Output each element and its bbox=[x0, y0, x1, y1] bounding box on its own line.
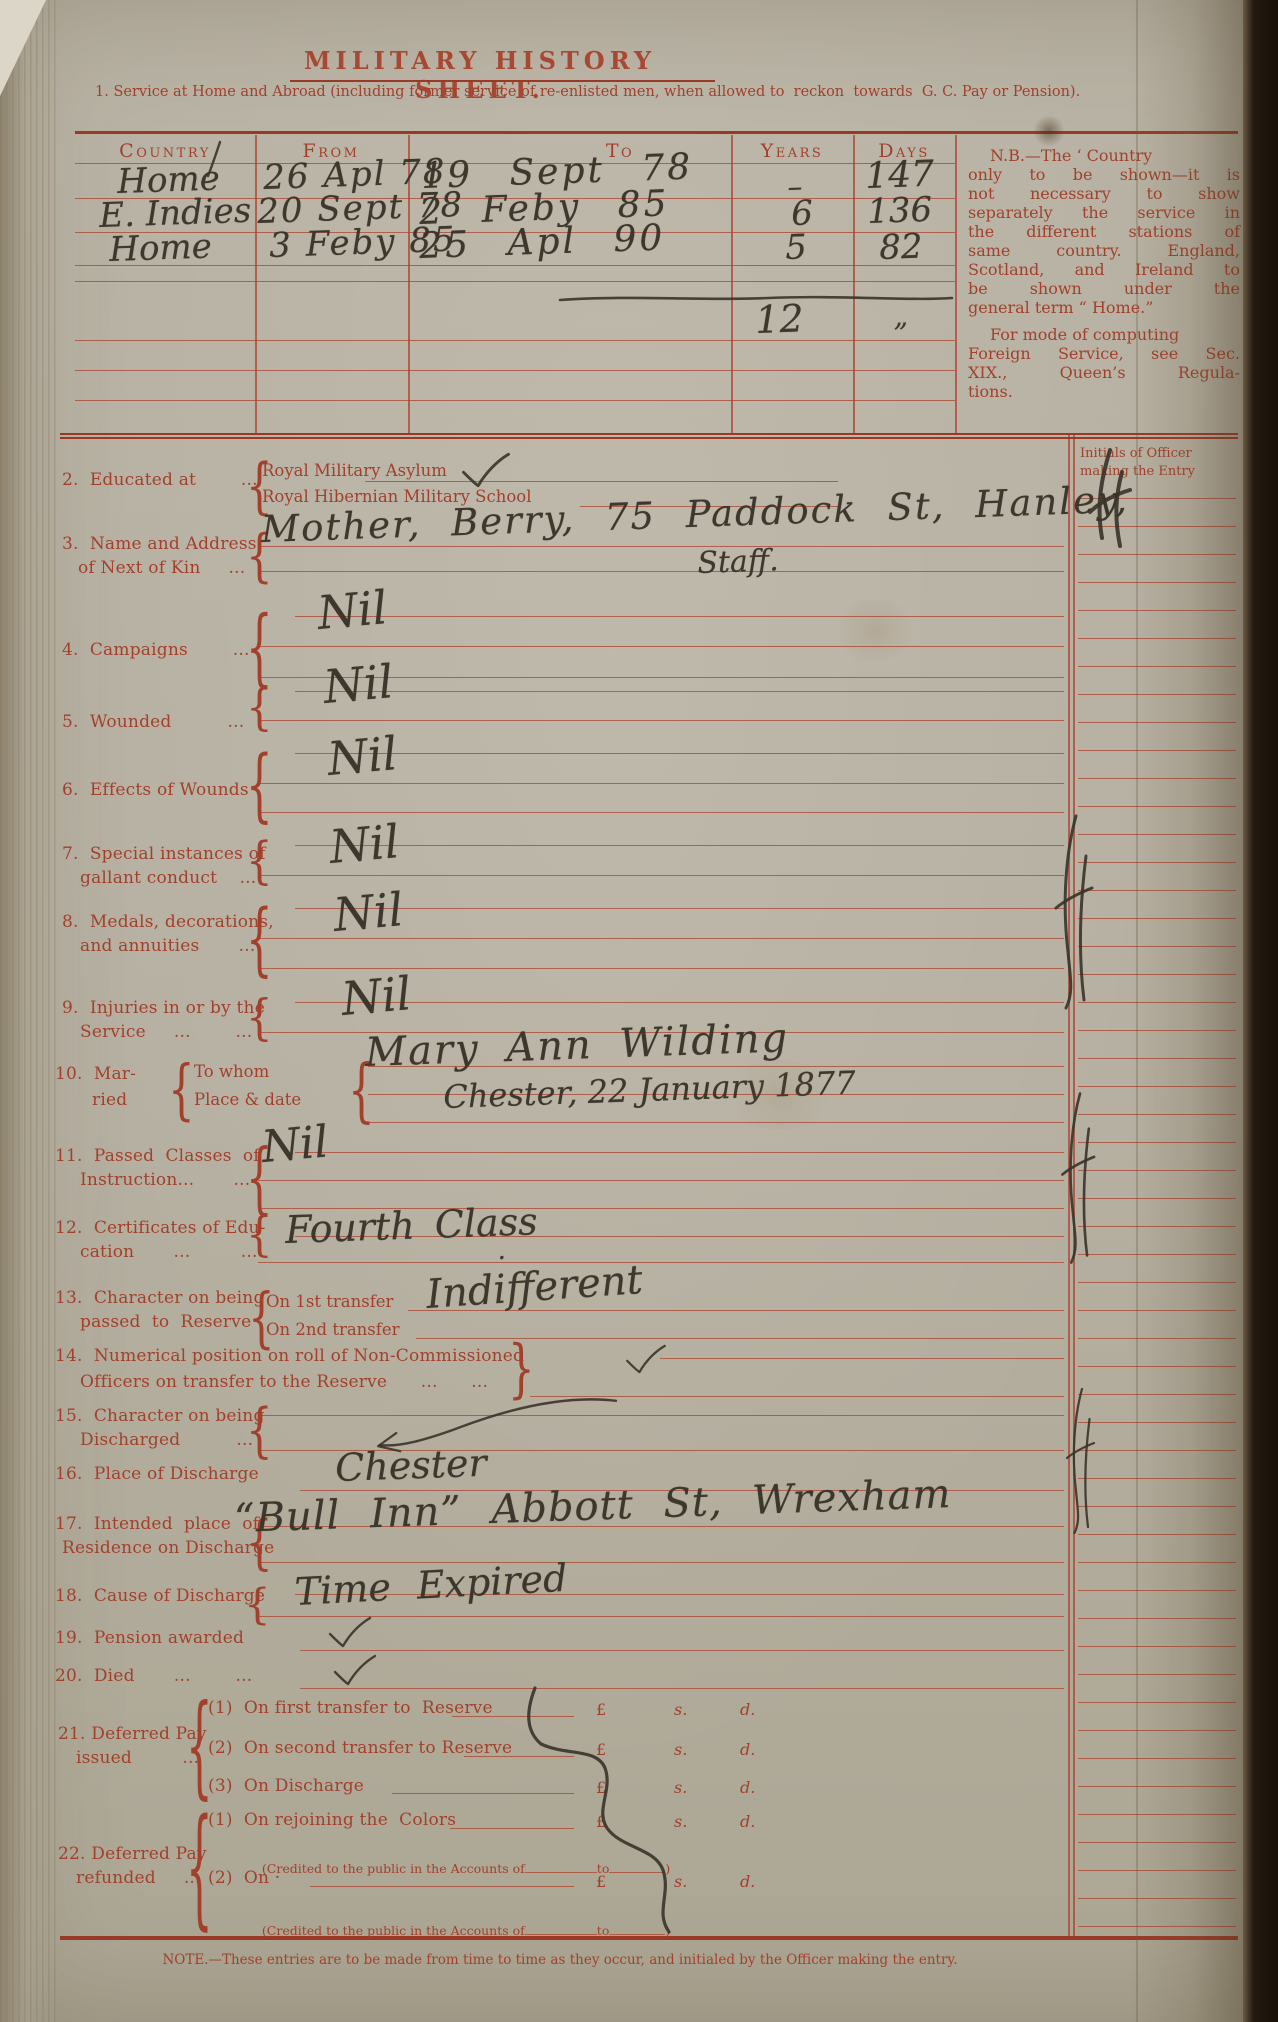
ruled-line bbox=[1078, 1646, 1236, 1647]
section-21-row: (3) On Discharge bbox=[208, 1776, 364, 1796]
ruled-line bbox=[295, 753, 1064, 754]
ruled-line bbox=[1078, 1814, 1236, 1815]
table-total-days-ditto: „ bbox=[893, 300, 909, 333]
section-21-row: (1) On first transfer to Reserve bbox=[208, 1698, 493, 1718]
section-21-label: 21. Deferred Pay bbox=[58, 1724, 207, 1744]
section-22-label: refunded ... bbox=[76, 1868, 201, 1888]
section-3-label: of Next of Kin ... bbox=[78, 558, 245, 578]
ruled-line bbox=[1078, 1674, 1236, 1675]
ruled-line bbox=[295, 1152, 1064, 1153]
ruled-line bbox=[258, 1562, 1064, 1563]
section-9-label: Service ... ... bbox=[80, 1022, 252, 1042]
ruled-line bbox=[258, 571, 1064, 572]
ruled-line-vertical bbox=[853, 135, 855, 433]
entry-gallant: Nil bbox=[327, 814, 401, 874]
section-13-label: passed to Reserve bbox=[80, 1312, 251, 1332]
ruled-line bbox=[1078, 1758, 1236, 1759]
ruled-line bbox=[258, 875, 1064, 876]
opening-brace: { bbox=[246, 900, 273, 980]
ruled-line bbox=[1078, 554, 1236, 555]
checkmark-pension bbox=[328, 1616, 372, 1648]
ruled-line bbox=[258, 720, 1064, 721]
entry-effects: Nil bbox=[325, 726, 399, 786]
ruled-line bbox=[1078, 722, 1236, 723]
footnote: NOTE.—These entries are to be made from … bbox=[160, 1952, 960, 1968]
ruled-line bbox=[1078, 1618, 1236, 1619]
ruled-line bbox=[258, 1262, 1064, 1263]
section-7-label: gallant conduct ... bbox=[80, 868, 256, 888]
ruled-line bbox=[295, 691, 1064, 692]
ruled-line bbox=[1078, 1030, 1236, 1031]
opening-brace: { bbox=[186, 1804, 213, 1934]
ruled-line bbox=[1078, 1058, 1236, 1059]
ruled-line bbox=[1078, 694, 1236, 695]
ruled-line bbox=[75, 281, 955, 282]
section-5-label: 5. Wounded ... bbox=[62, 712, 244, 732]
ruled-line bbox=[1078, 750, 1236, 751]
stain bbox=[830, 600, 920, 660]
section-2-option: Royal Military Asylum bbox=[262, 461, 447, 480]
section-17-label: 17. Intended place of bbox=[55, 1514, 259, 1534]
table-cell-country: Home bbox=[109, 226, 213, 270]
opening-brace: { bbox=[246, 746, 273, 826]
ruled-line bbox=[1078, 582, 1236, 583]
opening-brace: { bbox=[246, 684, 273, 732]
entry-married-place: Chester, 22 January 1877 bbox=[443, 1064, 857, 1116]
section-8-label: and annuities ... bbox=[80, 936, 255, 956]
ruled-line bbox=[258, 783, 1064, 784]
entry-character-reserve: Indifferent bbox=[425, 1257, 644, 1318]
ruled-line bbox=[258, 646, 1064, 647]
ink-squiggle-deferred bbox=[505, 1686, 705, 1936]
section-15-label: 15. Character on being bbox=[55, 1406, 265, 1426]
ruled-line bbox=[295, 908, 1064, 909]
table-cell-to: 25 Apl 90 bbox=[419, 217, 666, 267]
ruled-line bbox=[1078, 1870, 1236, 1871]
opening-brace: { bbox=[246, 994, 273, 1042]
entry-medals: Nil bbox=[331, 882, 405, 942]
currency-pence: d. bbox=[740, 1812, 755, 1831]
section-4-label: 4. Campaigns ... bbox=[62, 640, 250, 660]
ruled-line bbox=[1078, 778, 1236, 779]
entry-certificates-period: . bbox=[497, 1236, 506, 1266]
section-7-label: 7. Special instances of bbox=[62, 844, 266, 864]
ruled-line bbox=[1078, 890, 1236, 891]
opening-brace: { bbox=[246, 1212, 273, 1258]
ruled-line bbox=[1078, 806, 1236, 807]
section-3-label: 3. Name and Address bbox=[62, 534, 257, 554]
section-13-sub: On 1st transfer bbox=[266, 1292, 393, 1311]
section-21-label: issued ... bbox=[76, 1748, 199, 1768]
entry-cause-discharge: Time Expired bbox=[294, 1556, 569, 1614]
ruled-line bbox=[1078, 1086, 1236, 1087]
section-15-label: Discharged ... bbox=[80, 1430, 253, 1450]
section-6-label: 6. Effects of Wounds bbox=[62, 780, 249, 800]
ruled-line bbox=[1078, 1926, 1236, 1927]
table-cell-years: 5 bbox=[785, 227, 808, 268]
table-cell-days: 136 bbox=[867, 190, 933, 232]
currency-pence: d. bbox=[740, 1700, 755, 1719]
ruled-line-vertical bbox=[255, 135, 257, 433]
ruled-line bbox=[365, 481, 838, 482]
entry-next-of-kin2: Staff. bbox=[697, 543, 779, 581]
section-13-label: 13. Character on being bbox=[55, 1288, 265, 1308]
ruled-line bbox=[295, 616, 1064, 617]
handwritten-sum-line bbox=[558, 292, 954, 304]
opening-brace: { bbox=[248, 1286, 275, 1351]
section-22-row: (2) On · bbox=[208, 1868, 280, 1888]
ruled-line bbox=[1078, 1786, 1236, 1787]
section-21-row: (2) On second transfer to Reserve bbox=[208, 1738, 512, 1758]
officer-initials-mark bbox=[1046, 1386, 1106, 1536]
section-11-label: Instruction... ... bbox=[80, 1170, 250, 1190]
opening-brace: { bbox=[168, 1058, 195, 1123]
thick-rule bbox=[290, 80, 715, 82]
military-history-sheet-scan: MILITARY HISTORY SHEET. 1. Service at Ho… bbox=[0, 0, 1278, 2022]
ruled-line bbox=[1078, 1842, 1236, 1843]
ruled-line-vertical bbox=[955, 135, 957, 433]
section-19-label: 19. Pension awarded bbox=[55, 1628, 244, 1648]
ruled-line bbox=[1078, 862, 1236, 863]
ruled-line bbox=[1078, 1562, 1236, 1563]
thick-rule bbox=[75, 131, 1238, 134]
ruled-line bbox=[300, 1650, 1064, 1651]
section-10-label: ried bbox=[92, 1090, 127, 1110]
entry-passed-classes: Nil bbox=[260, 1116, 331, 1173]
scan-background-band bbox=[1243, 0, 1278, 2022]
section-22-label: 22. Deferred Pay bbox=[58, 1844, 207, 1864]
ruled-line bbox=[1078, 974, 1236, 975]
thick-rule bbox=[60, 437, 1238, 439]
thick-rule bbox=[60, 433, 1238, 435]
ruled-line bbox=[1078, 1702, 1236, 1703]
ruled-line bbox=[1078, 1282, 1236, 1283]
section-10-sub: Place & date bbox=[194, 1090, 301, 1109]
item1-heading: 1. Service at Home and Abroad (including… bbox=[95, 84, 1080, 100]
opening-brace: { bbox=[244, 1584, 271, 1626]
ink-swoosh-discharged bbox=[368, 1392, 620, 1456]
ruled-line bbox=[258, 1616, 1064, 1617]
ruled-line bbox=[368, 1122, 1064, 1123]
ruled-line bbox=[1078, 638, 1236, 639]
opening-brace: { bbox=[246, 836, 273, 886]
ruled-line bbox=[1078, 946, 1236, 947]
section-8-label: 8. Medals, decorations, bbox=[62, 912, 274, 932]
checkmark-died bbox=[332, 1654, 378, 1686]
officer-initials-mark bbox=[1044, 1090, 1102, 1266]
ruled-line-vertical bbox=[731, 135, 733, 433]
ruled-line bbox=[75, 340, 955, 341]
table-cell-days: 82 bbox=[879, 227, 924, 268]
binding-edge bbox=[0, 0, 58, 2022]
opening-brace: { bbox=[186, 1692, 213, 1804]
currency-pence: d. bbox=[740, 1740, 755, 1759]
ruled-line bbox=[1078, 1310, 1236, 1311]
ruled-line bbox=[1078, 1338, 1236, 1339]
currency-pence: d. bbox=[740, 1778, 755, 1797]
ruled-line bbox=[75, 370, 955, 371]
section-16-label: 16. Place of Discharge bbox=[55, 1464, 259, 1484]
section-11-label: 11. Passed Classes of bbox=[55, 1146, 260, 1166]
officer-initials-mark bbox=[1040, 812, 1096, 1012]
ruled-line bbox=[258, 1180, 1064, 1181]
page-corner bbox=[0, 0, 46, 96]
ruled-line bbox=[1078, 1898, 1236, 1899]
section-10-label: 10. Mar- bbox=[55, 1064, 136, 1084]
section-12-label: cation ... ... bbox=[80, 1242, 258, 1262]
ruled-line bbox=[75, 400, 955, 401]
officer-initials-mark bbox=[1076, 446, 1136, 552]
ruled-line bbox=[1078, 1590, 1236, 1591]
entry-wounded: Nil bbox=[321, 654, 395, 714]
section-20-label: 20. Died ... ... bbox=[55, 1666, 252, 1686]
checkmark-educated bbox=[460, 452, 512, 488]
opening-brace: { bbox=[246, 1402, 273, 1461]
ruled-line bbox=[295, 845, 1064, 846]
ruled-line bbox=[1078, 610, 1236, 611]
opening-brace: { bbox=[246, 606, 273, 690]
section-10-sub: To whom bbox=[194, 1062, 269, 1081]
section-12-label: 12. Certificates of Edu- bbox=[55, 1218, 266, 1238]
section-18-label: 18. Cause of Discharge bbox=[55, 1586, 265, 1606]
ruled-line bbox=[1078, 666, 1236, 667]
ruled-line bbox=[660, 1358, 1064, 1359]
section-13-sub: On 2nd transfer bbox=[266, 1320, 400, 1339]
ruled-line bbox=[1078, 834, 1236, 835]
ruled-line bbox=[1078, 1730, 1236, 1731]
ruled-line bbox=[1078, 1002, 1236, 1003]
section-2-label: 2. Educated at ... bbox=[62, 470, 258, 490]
section-14-label: 14. Numerical position on roll of Non-Co… bbox=[55, 1346, 524, 1366]
section-9-label: 9. Injuries in or by the bbox=[62, 998, 265, 1018]
currency-pence: d. bbox=[740, 1872, 755, 1891]
ink-mark bbox=[204, 140, 226, 178]
entry-injuries: Nil bbox=[339, 966, 413, 1026]
checkmark-numerical-position bbox=[622, 1344, 670, 1374]
ruled-line bbox=[258, 812, 1064, 813]
entry-campaigns: Nil bbox=[315, 580, 389, 640]
section-22-row: (1) On rejoining the Colors bbox=[208, 1810, 456, 1830]
section-14-label: Officers on transfer to the Reserve ... … bbox=[80, 1372, 488, 1392]
ruled-line bbox=[1078, 918, 1236, 919]
ruled-line bbox=[1078, 1366, 1236, 1367]
